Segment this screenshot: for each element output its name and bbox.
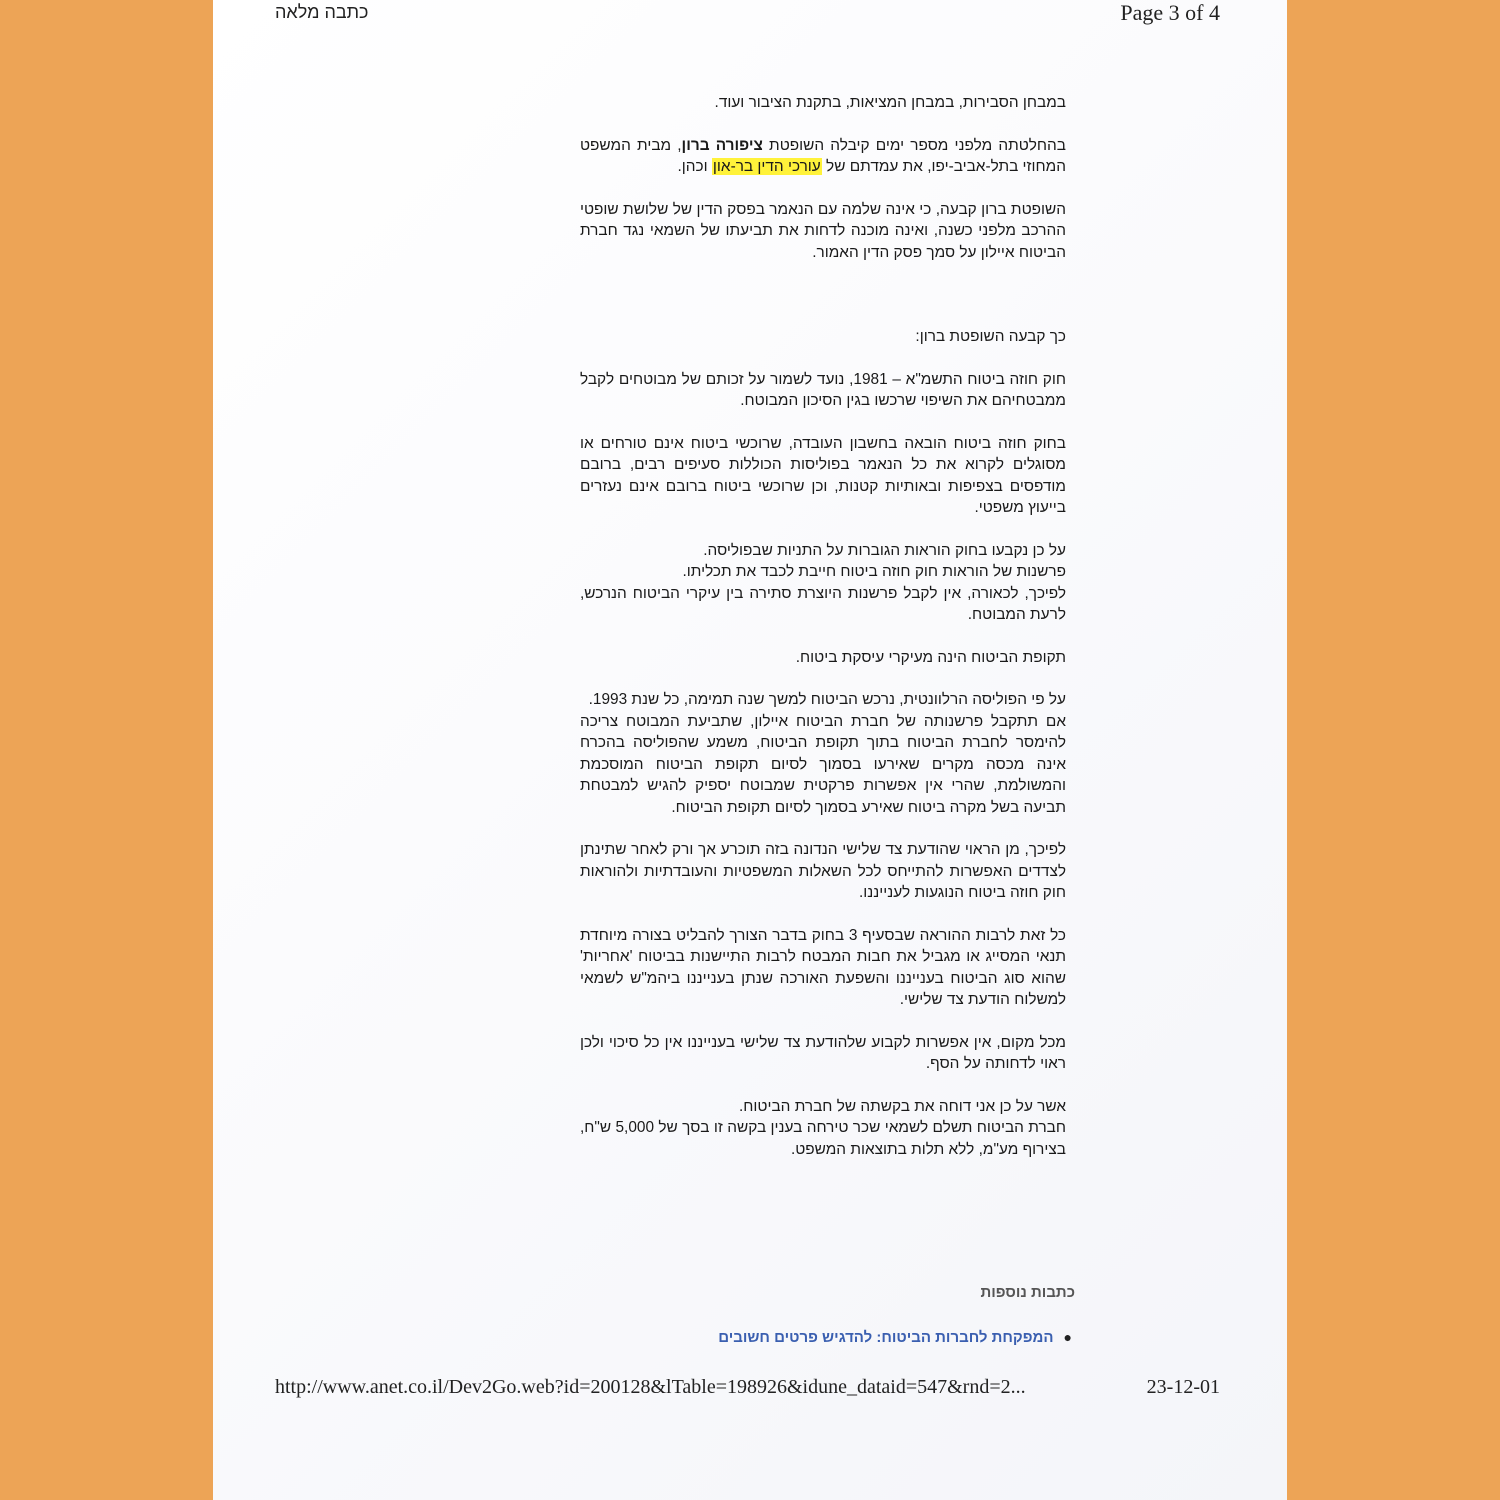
paragraph: אשר על כן אני דוחה את בקשתה של חברת הביט…	[580, 1096, 1066, 1118]
paragraph: בהחלטתה מלפני מספר ימים קיבלה השופטת ציפ…	[580, 135, 1066, 178]
related-article-link[interactable]: ●המפקחת לחברות הביטוח: להדגיש פרטים חשוב…	[580, 1329, 1072, 1346]
highlighted-text: עורכי הדין בר-און	[712, 158, 822, 175]
paragraph: לפיכך, לכאורה, אין לקבל פרשנות היוצרת סת…	[580, 583, 1066, 626]
page-title: כתבה מלאה	[275, 2, 369, 23]
paragraph: מכל מקום, אין אפשרות לקבוע שלהודעת צד של…	[580, 1032, 1066, 1075]
more-articles-heading: כתבות נוספות	[580, 1284, 1075, 1301]
paragraph: על פי הפוליסה הרלוונטית, נרכש הביטוח למש…	[580, 689, 1066, 711]
paragraph: חברת הביטוח תשלם לשמאי שכר טירחה בענין ב…	[580, 1117, 1066, 1160]
paragraph: כל זאת לרבות ההוראה שבסעיף 3 בחוק בדבר ה…	[580, 925, 1066, 1011]
paragraph: לפיכך, מן הראוי שהודעת צד שלישי הנדונה ב…	[580, 839, 1066, 904]
paragraph: תקופת הביטוח הינה מעיקרי עיסקת ביטוח.	[580, 647, 1066, 669]
bullet-icon: ●	[1064, 1329, 1072, 1345]
judge-name: ציפורה ברון	[682, 137, 763, 154]
paragraph: השופטת ברון קבעה, כי אינה שלמה עם הנאמר …	[580, 199, 1066, 264]
paragraph: על כן נקבעו בחוק הוראות הגוברות על התניו…	[580, 540, 1066, 562]
paragraph: בחוק חוזה ביטוח הובאה בחשבון העובדה, שרו…	[580, 433, 1066, 519]
document-page: כתבה מלאה Page 3 of 4 במבחן הסבירות, במב…	[213, 0, 1287, 1500]
paragraph: חוק חוזה ביטוח התשמ"א – 1981, נועד לשמור…	[580, 369, 1066, 412]
paragraph: פרשנות של הוראות חוק חוזה ביטוח חייבת לכ…	[580, 561, 1066, 583]
paragraph: אם תתקבל פרשנותה של חברת הביטוח איילון, …	[580, 711, 1066, 819]
paragraph: במבחן הסבירות, במבחן המציאות, בתקנת הציב…	[580, 92, 1066, 114]
footer-url: http://www.anet.co.il/Dev2Go.web?id=2001…	[275, 1376, 1026, 1399]
article-body: במבחן הסבירות, במבחן המציאות, בתקנת הציב…	[580, 92, 1066, 1160]
page-indicator: Page 3 of 4	[1120, 0, 1220, 26]
paragraph: כך קבעה השופטת ברון:	[580, 326, 1066, 348]
footer-date: 23-12-01	[1147, 1376, 1220, 1399]
